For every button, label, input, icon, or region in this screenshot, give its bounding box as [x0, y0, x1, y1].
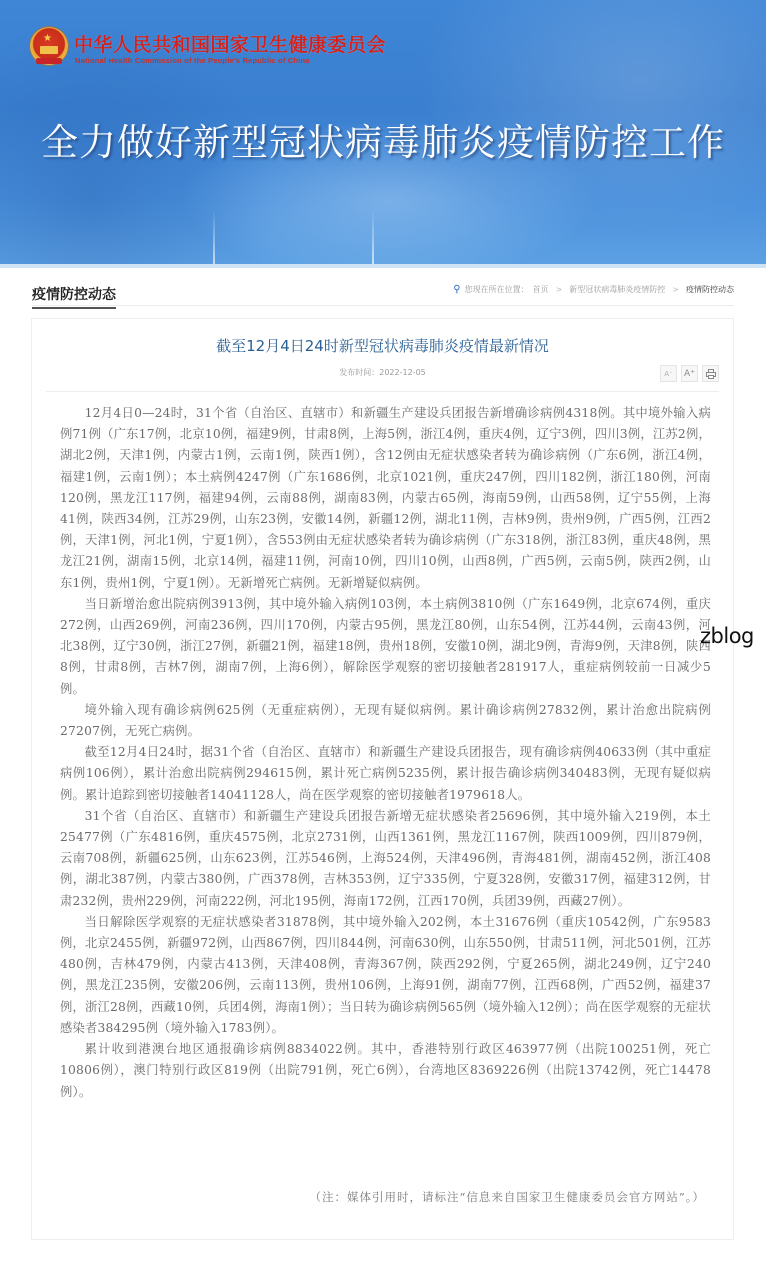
banner-slogan: 全力做好新型冠状病毒肺炎疫情防控工作 — [0, 112, 766, 166]
org-name-en: National Health Commission of the People… — [75, 56, 310, 65]
paragraph-recovered: 当日新增治愈出院病例3913例，其中境外输入病例103例，本土病例3810例（广… — [60, 594, 711, 700]
publish-label: 发布时间： — [339, 368, 379, 377]
watermark-text: zblog — [700, 624, 754, 648]
tiananmen-icon — [40, 46, 58, 54]
national-emblem-icon[interactable]: ★ — [30, 27, 68, 65]
publish-date: 2022-12-05 — [379, 368, 426, 377]
banner-bottom-strip — [0, 264, 766, 268]
breadcrumb-separator: > — [672, 285, 679, 294]
breadcrumb-prefix: 您现在所在位置： — [465, 284, 529, 295]
breadcrumb-current[interactable]: 疫情防控动态 — [686, 284, 734, 295]
media-citation-note: （注：媒体引用时，请标注“信息来自国家卫生健康委员会官方网站”。） — [309, 1189, 705, 1205]
paragraph-cumulative: 截至12月4日24时，据31个省（自治区、直辖市）和新疆生产建设兵团报告，现有确… — [60, 742, 711, 806]
star-icon: ★ — [43, 34, 52, 44]
breadcrumb-separator: > — [556, 285, 563, 294]
print-button[interactable] — [702, 365, 719, 382]
org-name-cn[interactable]: 中华人民共和国国家卫生健康委员会 — [74, 30, 386, 57]
article-title: 截至12月4日24时新型冠状病毒肺炎疫情最新情况 — [32, 335, 733, 356]
paragraph-new-confirmed: 12月4日0—24时，31个省（自治区、直辖市）和新疆生产建设兵团报告新增确诊病… — [60, 403, 711, 594]
section-title: 疫情防控动态 — [32, 284, 116, 309]
article-tools: A⁻ A⁺ — [660, 365, 719, 382]
ribbon-icon — [36, 58, 62, 64]
title-divider — [46, 391, 719, 392]
print-icon — [706, 369, 716, 379]
breadcrumb-home[interactable]: 首页 — [533, 284, 549, 295]
paragraph-asymptomatic-new: 31个省（自治区、直辖市）和新疆生产建设兵团报告新增无症状感染者25696例，其… — [60, 806, 711, 912]
location-pin-icon: ⚲ — [453, 285, 460, 295]
breadcrumb-covid-prevention[interactable]: 新型冠状病毒肺炎疫情防控 — [569, 284, 665, 295]
font-decrease-button[interactable]: A⁻ — [660, 365, 677, 382]
paragraph-hk-macao-taiwan: 累计收到港澳台地区通报确诊病例8834022例。其中，香港特别行政区463977… — [60, 1039, 711, 1103]
article-card: 截至12月4日24时新型冠状病毒肺炎疫情最新情况 发布时间：2022-12-05… — [31, 318, 734, 1240]
paragraph-imported: 境外输入现有确诊病例625例（无重症病例），无现有疑似病例。累计确诊病例2783… — [60, 700, 711, 742]
banner-light-beam — [372, 210, 374, 268]
header-banner: ★ 中华人民共和国国家卫生健康委员会 National Health Commi… — [0, 0, 766, 268]
font-increase-button[interactable]: A⁺ — [681, 365, 698, 382]
article-body: 12月4日0—24时，31个省（自治区、直辖市）和新疆生产建设兵团报告新增确诊病… — [60, 403, 711, 1103]
paragraph-asymptomatic-released: 当日解除医学观察的无症状感染者31878例，其中境外输入202例，本土31676… — [60, 912, 711, 1039]
publish-info: 发布时间：2022-12-05 — [32, 367, 733, 378]
breadcrumb: ⚲ 您现在所在位置： 首页 > 新型冠状病毒肺炎疫情防控 > 疫情防控动态 — [453, 284, 734, 295]
section-header: 疫情防控动态 ⚲ 您现在所在位置： 首页 > 新型冠状病毒肺炎疫情防控 > 疫情… — [32, 276, 734, 306]
banner-light-beam — [213, 210, 215, 268]
